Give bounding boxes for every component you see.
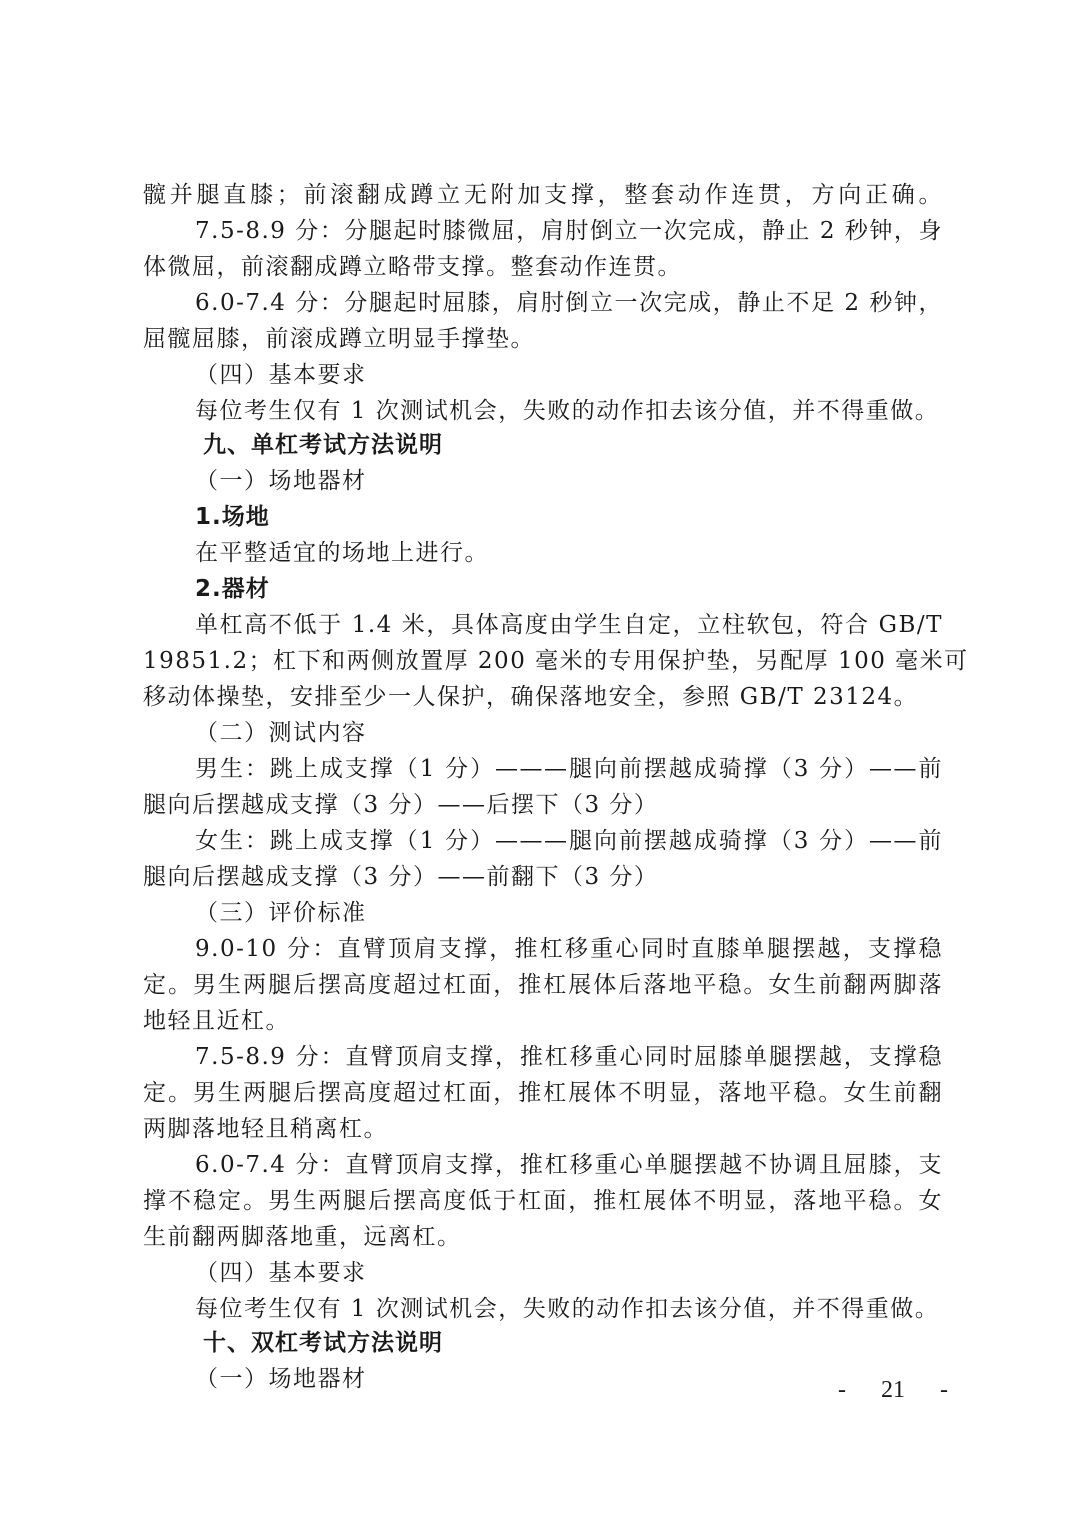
body-line: 两脚落地轻且稍离杠。 [143,1112,388,1146]
subheading: （三）评价标准 [195,896,367,930]
body-line: 19851.2；杠下和两侧放置厚 200 毫米的专用保护垫，另配厚 100 毫米… [143,644,943,678]
body-line: 髋并腿直膝；前滚翻成蹲立无附加支撑，整套动作连贯，方向正确。 [143,178,943,212]
body-line: 在平整适宜的场地上进行。 [195,536,489,570]
subheading: （二）测试内容 [195,716,367,750]
subheading: （四）基本要求 [195,358,367,392]
subheading: （四）基本要求 [195,1256,367,1290]
body-line: 撑不稳定。男生两腿后摆高度低于杠面，推杠展体不明显，落地平稳。女 [143,1184,943,1218]
body-line: 地轻且近杠。 [143,1004,290,1038]
score-criterion-line: 9.0-10 分：直臂顶肩支撑，推杠移重心同时直膝单腿摆越，支撑稳 [195,932,943,966]
body-line: 腿向后摆越成支撑（3 分）——后摆下（3 分） [143,788,658,822]
section-heading: 十、双杠考试方法说明 [203,1326,443,1360]
page-number-dash-left: - [838,1377,846,1404]
body-line: 男生：跳上成支撑（1 分）———腿向前摆越成骑撑（3 分）——前 [195,752,943,786]
score-criterion-line: 7.5-8.9 分：分腿起时膝微屈，肩肘倒立一次完成，静止 2 秒钟，身 [195,214,943,248]
body-line: 定。男生两腿后摆高度超过杠面，推杠展体后落地平稳。女生前翻两脚落 [143,968,943,1002]
body-line: 每位考生仅有 1 次测试机会，失败的动作扣去该分值，并不得重做。 [195,394,939,428]
section-heading: 九、单杠考试方法说明 [203,428,443,462]
body-line: 单杠高不低于 1.4 米，具体高度由学生自定，立柱软包，符合 GB/T [195,608,943,642]
body-line: 移动体操垫，安排至少一人保护，确保落地安全，参照 GB/T 23124。 [143,680,918,714]
subheading: （一）场地器材 [195,1362,367,1396]
score-criterion-line: 7.5-8.9 分：直臂顶肩支撑，推杠移重心同时屈膝单腿摆越，支撑稳 [195,1040,943,1074]
page-number: - 21 - [838,1377,948,1404]
subheading: （一）场地器材 [195,464,367,498]
body-line: 每位考生仅有 1 次测试机会，失败的动作扣去该分值，并不得重做。 [195,1292,939,1326]
score-criterion-line: 6.0-7.4 分：分腿起时屈膝，肩肘倒立一次完成，静止不足 2 秒钟， [195,286,943,320]
body-line: 腿向后摆越成支撑（3 分）——前翻下（3 分） [143,860,658,894]
body-line: 生前翻两脚落地重，远离杠。 [143,1220,462,1254]
score-criterion-line: 6.0-7.4 分：直臂顶肩支撑，推杠移重心单腿摆越不协调且屈膝，支 [195,1148,943,1182]
body-line: 定。男生两腿后摆高度超过杠面，推杠展体不明显，落地平稳。女生前翻 [143,1076,943,1110]
page-number-dash-right: - [940,1377,948,1404]
item-heading: 1.场地 [195,500,270,534]
item-heading: 2.器材 [195,572,270,606]
body-line: 女生：跳上成支撑（1 分）———腿向前摆越成骑撑（3 分）——前 [195,824,943,858]
page-number-value: 21 [881,1377,905,1404]
body-line: 屈髋屈膝，前滚成蹲立明显手撑垫。 [143,322,535,356]
body-line: 体微屈，前滚翻成蹲立略带支撑。整套动作连贯。 [143,250,682,284]
